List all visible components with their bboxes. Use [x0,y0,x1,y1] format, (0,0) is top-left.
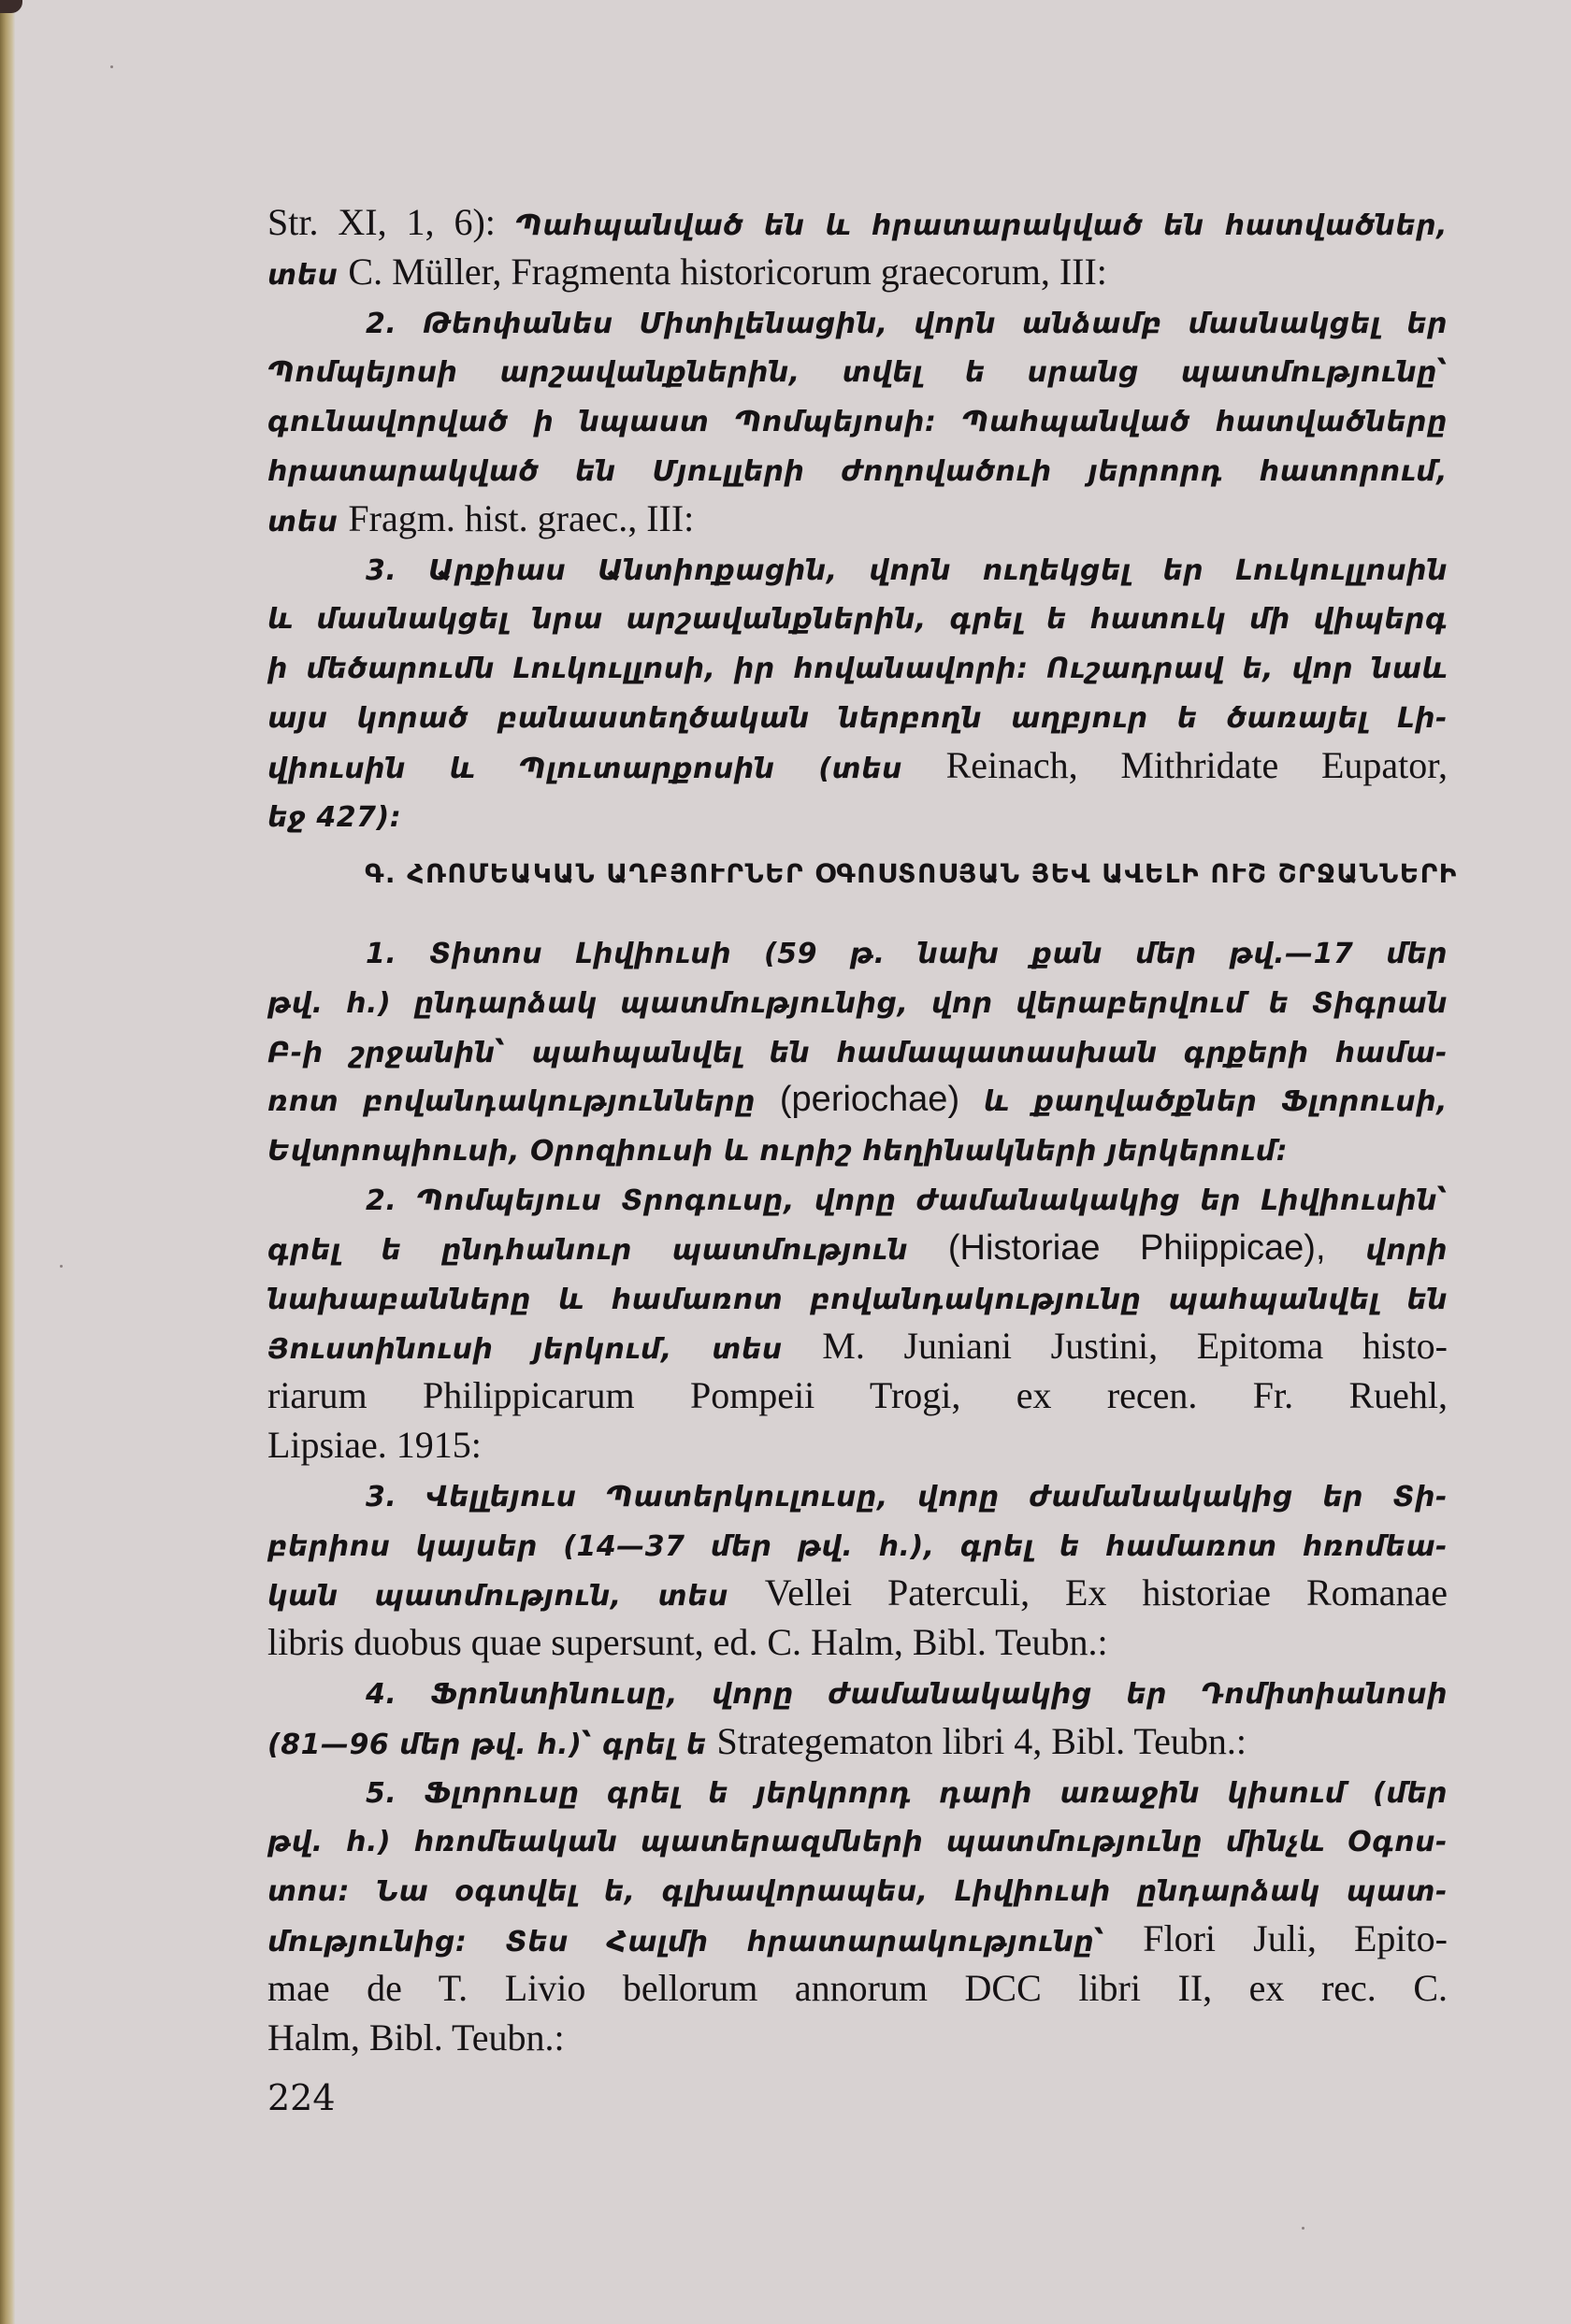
armenian-text-run: ի մեծարումն Լուկուլլոսի, իր հովանավորի։ … [267,653,1448,685]
text-line: Str. XI, 1, 6): Պահպանված են և հրատարակվ… [267,198,1448,248]
text-line: ի մեծարումն Լուկուլլոսի, իր հովանավորի։ … [267,642,1448,692]
text-line: նախաբանները և համառոտ բովանդակությունը պ… [267,1273,1448,1323]
paper-speck [1302,2227,1304,2230]
text-line: Բ-ի շրջանին՝ պահպանվել են համապատասխան գ… [267,1026,1448,1076]
text-line: տես Fragm. hist. graec., III: [267,495,1448,544]
latin-text-run: Halm, Bibl. Teubn.: [267,2016,565,2059]
text-line: Lipsiae. 1915: [267,1421,1448,1470]
list-item-1-first-line: 1. Տիտոս Լիվիուսի (59 թ. նախ քան մեր թվ.… [267,927,1448,977]
page-number: 224 [267,2077,336,2118]
latin-text-run: libris duobus quae supersunt, ed. C. Hal… [267,1621,1108,1663]
armenian-text-run: գրել ե ընդհանուր պատմություն [267,1234,948,1267]
text-line: և մասնակցել նրա արշավանքներին, գրել ե հա… [267,593,1448,642]
armenian-text-run: թվ. հ.) հռոմեական պատերազմների պատմությո… [267,1826,1448,1858]
armenian-text-run: տես [267,259,348,292]
armenian-text-run: եջ 427)։ [267,801,401,834]
text-line: Յուստինուսի յերկում, տես M. Juniani Just… [267,1322,1448,1371]
armenian-text-run: այս կորած բանաստեղծական ներբողն աղբյուր … [267,702,1448,735]
latin-text-run: Reinach, Mithridate Eupator, [946,744,1448,786]
armenian-text-run: 1. Տիտոս Լիվիուսի (59 թ. նախ քան մեր թվ.… [366,938,1448,970]
latin-text-run: (periochae) [780,1080,959,1119]
armenian-text-run: նախաբանները և համառոտ բովանդակությունը պ… [267,1284,1448,1316]
text-line: բերիոս կայսեր (14—37 մեր թվ. հ.), գրել ե… [267,1520,1448,1570]
armenian-text-run: 5. Ֆլորուսը գրել ե յերկրորդ դարի առաջին … [366,1777,1448,1810]
page-binding-edge [0,0,15,2324]
text-line: տես C. Müller, Fragmenta historicorum gr… [267,248,1448,297]
text-line: թվ. հ.) հռոմեական պատերազմների պատմությո… [267,1815,1448,1865]
armenian-text-run: գունավորված ի նպաստ Պոմպեյոսի։ Պահպանված… [267,406,1448,438]
text-line: riarum Philippicarum Pompeii Trogi, ex r… [267,1371,1448,1421]
armenian-text-run: Պահպանված են և հրատարակված են հատվածներ, [515,209,1448,242]
armenian-text-run: Պոմպեյոսի արշավանքներին, տվել ե սրանց պա… [267,356,1448,389]
armenian-text-run: և քաղվածքներ Ֆլորուսի, [959,1085,1448,1118]
text-line: հրատարակված են Մյուլլերի ժողովածուի յերր… [267,445,1448,495]
text-line: ռոտ բովանդակությունները (periochae) և քա… [267,1075,1448,1125]
armenian-text-run: բերիոս կայսեր (14—37 մեր թվ. հ.), գրել ե… [267,1530,1448,1563]
latin-text-run: Lipsiae. 1915: [267,1424,482,1466]
text-line: թվ. հ.) ընդարձակ պատմությունից, վոր վերա… [267,977,1448,1026]
text-line: libris duobus quae supersunt, ed. C. Hal… [267,1618,1448,1668]
section-top-text: Str. XI, 1, 6): Պահպանված են և հրատարակվ… [267,198,1448,839]
list-item-3-first-line: 3. Վելլեյուս Պատերկուլուսը, վորը ժամանակ… [267,1470,1448,1520]
armenian-text-run: տոս։ Նա օգտվել ե, գլխավորապես, Լիվիուսի … [267,1875,1448,1908]
text-line: մությունից։ Տես Հալմի հրատարակությունը՝ … [267,1915,1448,1964]
text-line: mae de T. Livio bellorum annorum DCC lib… [267,1964,1448,2014]
section-main-text: 1. Տիտոս Լիվիուսի (59 թ. նախ քան մեր թվ.… [267,927,1448,2062]
armenian-text-run: 4. Ֆրոնտինուսը, վորը ժամանակակից եր Դոմի… [366,1678,1448,1711]
latin-text-run: (Historiae Phiippicae), [948,1228,1326,1268]
text-line: գունավորված ի նպաստ Պոմպեյոսի։ Պահպանված… [267,395,1448,445]
list-item-4-first-line: 4. Ֆրոնտինուսը, վորը ժամանակակից եր Դոմի… [267,1668,1448,1717]
armenian-text-run: հրատարակված են Մյուլլերի ժողովածուի յերր… [267,455,1448,488]
armenian-text-run: վորի [1326,1234,1448,1267]
armenian-text-run: ռոտ բովանդակությունները [267,1085,780,1118]
latin-text-run: M. Juniani Justini, Epitoma histo- [822,1325,1448,1367]
armenian-text-run: և մասնակցել նրա արշավանքներին, գրել ե հա… [267,603,1448,636]
text-line: եջ 427)։ [267,791,1448,840]
armenian-text-run: տես [267,506,348,538]
text-line: Halm, Bibl. Teubn.: [267,2014,1448,2063]
list-item-3-first-line: 3. Արքիաս Անտիոքացին, վորն ուղեկցել եր Լ… [267,544,1448,594]
text-line: կան պատմություն, տես Vellei Paterculi, E… [267,1569,1448,1618]
armenian-text-run: Յուստինուսի յերկում, տես [267,1333,822,1366]
latin-text-run: mae de T. Livio bellorum annorum DCC lib… [267,1967,1448,2009]
list-item-2-first-line: 2. Թեոփանես Միտիլենացին, վորն անձամբ մաս… [267,297,1448,347]
latin-text-run: Str. XI, 1, 6): [267,201,515,243]
section-heading: Գ. ՀՌՈՄԵԱԿԱՆ ԱՂԲՅՈՒՐՆԵՐ ՕԳՈՍՏՈՍՅԱՆ ՅԵՎ Ա… [365,858,1458,889]
text-line: տոս։ Նա օգտվել ե, գլխավորապես, Լիվիուսի … [267,1865,1448,1915]
text-line: գրել ե ընդհանուր պատմություն (Historiae … [267,1224,1448,1273]
text-line: այս կորած բանաստեղծական ներբողն աղբյուր … [267,692,1448,741]
armenian-text-run: մությունից։ Տես Հալմի հրատարակությունը՝ [267,1926,1143,1958]
latin-text-run: Flori Juli, Epito- [1143,1917,1448,1959]
list-item-2-first-line: 2. Պոմպեյուս Տրոգուսը, վորը ժամանակակից … [267,1174,1448,1224]
latin-text-run: Strategematon libri 4, Bibl. Teubn.: [717,1720,1247,1762]
armenian-text-run: Բ-ի շրջանին՝ պահպանվել են համապատասխան գ… [267,1037,1448,1069]
armenian-text-run: 2. Պոմպեյուս Տրոգուսը, վորը ժամանակակից … [366,1184,1448,1217]
latin-text-run: Fragm. hist. graec., III: [348,497,694,539]
text-line: (81—96 մեր թվ. հ.)՝ գրել ե Strategematon… [267,1717,1448,1767]
armenian-text-run: Եվտրոպիուսի, Օրոզիուսի և ուրիշ հեղինակնե… [267,1135,1288,1168]
latin-text-run: riarum Philippicarum Pompeii Trogi, ex r… [267,1374,1448,1416]
text-line: վիուսին և Պլուտարքոսին (տես Reinach, Mit… [267,741,1448,791]
latin-text-run: Vellei Paterculi, Ex historiae Romanae [765,1571,1448,1614]
paper-speck [110,65,113,68]
armenian-text-run: թվ. հ.) ընդարձակ պատմությունից, վոր վերա… [267,987,1448,1020]
text-line: Պոմպեյոսի արշավանքներին, տվել ե սրանց պա… [267,346,1448,395]
list-item-5-first-line: 5. Ֆլորուսը գրել ե յերկրորդ դարի առաջին … [267,1767,1448,1816]
armenian-text-run: 2. Թեոփանես Միտիլենացին, վորն անձամբ մաս… [366,308,1448,340]
latin-text-run: C. Müller, Fragmenta historicorum graeco… [348,251,1107,293]
armenian-text-run: կան պատմություն, տես [267,1580,765,1613]
paper-speck [60,1265,63,1268]
armenian-text-run: 3. Արքիաս Անտիոքացին, վորն ուղեկցել եր Լ… [366,554,1448,587]
page-corner-shadow [0,0,22,13]
armenian-text-run: 3. Վելլեյուս Պատերկուլուսը, վորը ժամանակ… [366,1481,1448,1513]
text-line: Եվտրոպիուսի, Օրոզիուսի և ուրիշ հեղինակնե… [267,1125,1448,1174]
armenian-text-run: վիուսին և Պլուտարքոսին (տես [267,753,946,785]
armenian-text-run: (81—96 մեր թվ. հ.)՝ գրել ե [267,1729,717,1761]
